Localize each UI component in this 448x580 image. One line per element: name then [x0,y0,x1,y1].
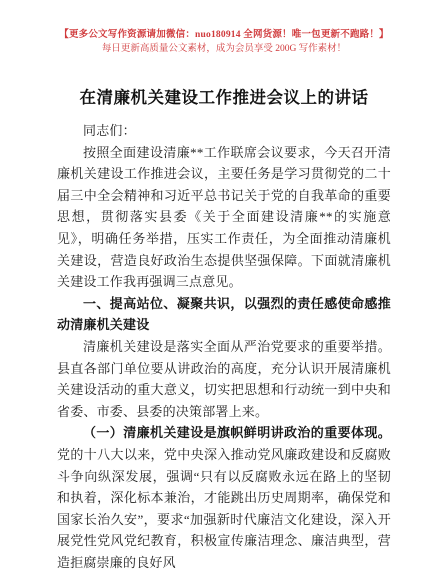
header-ad-line2: 每日更新高质量公文素材，成为会员享受 200G 写作素材！ [57,42,391,56]
paragraph-lead-bold: （一）清廉机关建设是旗帜鲜明讲政治的重要体现。 [83,425,391,440]
paragraph-body-3: （一）清廉机关建设是旗帜鲜明讲政治的重要体现。党的十八大以来，党中央深入推动党风… [57,422,391,573]
paragraph-salutation: 同志们： [57,120,391,142]
paragraph-body-1: 按照全面建设清廉**工作联席会议要求，今天召开清廉机关建设工作推进会议，主要任务… [57,142,391,293]
page-number: 1 [0,539,448,549]
paragraph-body-2: 清廉机关建设是落实全面从严治党要求的重要举措。县直各部门单位要从讲政治的高度，充… [57,336,391,422]
header-ad-line1: 【更多公文写作资源请加微信：nuo180914 全网货源！唯一包更新不跑路！】 [57,28,391,42]
paragraph-lead-rest: 党的十八大以来，党中央深入推动党风廉政建设和反腐败斗争向纵深发展，强调“只有以反… [57,447,391,570]
document-body: 同志们： 按照全面建设清廉**工作联席会议要求，今天召开清廉机关建设工作推进会议… [57,120,391,573]
paragraph-section-heading: 一、提高站位、凝聚共识，以强烈的责任感使命感推动清廉机关建设 [57,293,391,336]
header-ad: 【更多公文写作资源请加微信：nuo180914 全网货源！唯一包更新不跑路！】 … [57,28,391,56]
document-title: 在清廉机关建设工作推进会议上的讲话 [57,87,391,109]
document-page: 【更多公文写作资源请加微信：nuo180914 全网货源！唯一包更新不跑路！】 … [0,0,448,580]
